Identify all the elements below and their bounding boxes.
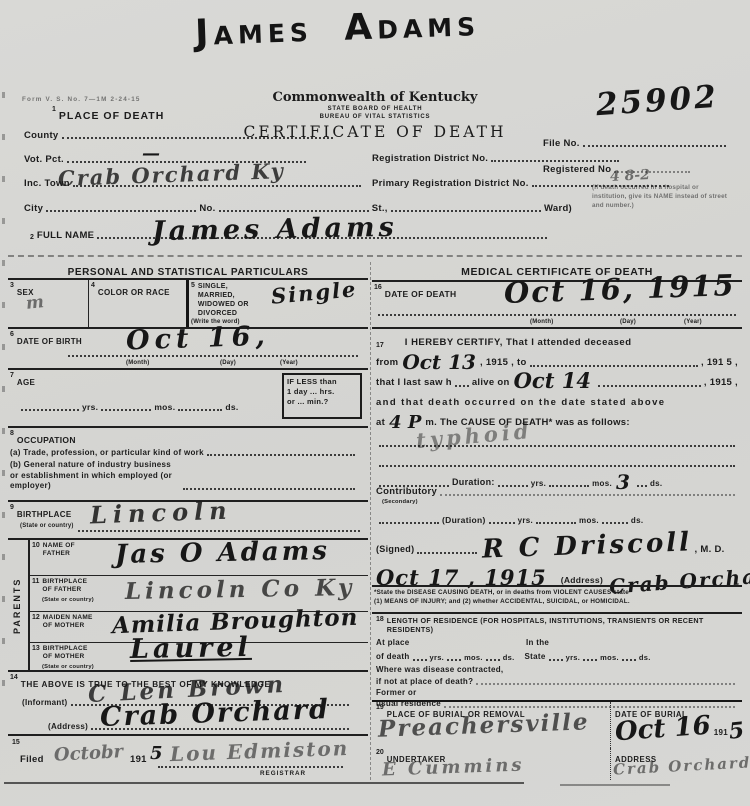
registration-district-label: Registration District No. [372,153,488,164]
father-entry: Jas O Adams [115,540,330,567]
contributory-line: Contributory [376,482,738,498]
registration-district-blank [491,158,619,162]
certification-block: 17 I HEREBY CERTIFY, That I attended dec… [372,327,742,480]
attest-number: 14 [10,674,18,681]
registrar-label: REGISTRAR [260,770,306,779]
cause-footnote-line1: *State the DISEASE CAUSING DEATH, or in … [374,589,740,598]
dod-label: DATE OF DEATH [385,289,457,299]
former-residence-line1: Former or [376,688,738,698]
commonwealth-title: Commonwealth of Kentucky [235,90,515,105]
primary-district-entry: 4 8-2 [610,169,651,184]
age-row: 7AGE yrs. mos. ds. IF LESS than 1 day ..… [8,368,368,426]
marital-entry: Single [270,280,358,306]
state-mos-label: mos. [600,653,619,663]
certify-at-label: at [376,417,385,429]
certify-alive-on-label: alive on [472,377,510,389]
dod-blank [378,314,736,316]
signed-line: (Signed) R C Driscoll , M. D. [376,526,738,556]
scan-edge-marks [2,92,5,692]
contrib-duration-label: (Duration) [442,515,486,526]
where-contracted-line1: Where was disease contracted, [376,665,738,675]
state-ds-label: ds. [639,653,651,663]
file-no-field: File No. [543,138,729,149]
md-label: , M. D. [695,544,725,556]
sex-number: 3 [10,282,14,289]
burial-year-entry: 5 [728,721,745,742]
city-blank [46,208,196,212]
city-field: CityNo.St.,Ward) [24,203,572,214]
certify-last-saw-label: that I last saw h [376,377,452,389]
age-number: 7 [10,372,14,379]
left-column-title-row: PERSONAL AND STATISTICAL PARTICULARS [8,262,368,278]
certify-line4: and that death occurred on the date stat… [376,397,665,409]
burial-date-preprint: 191 [714,728,728,738]
physician-signature: R C Driscoll [482,531,693,562]
secondary-hint: (Secondary) [382,498,738,506]
res-mos-blank [447,657,461,661]
certify-from-label: from [376,357,398,369]
occupation-b-label: (b) General nature of industry business … [10,460,180,491]
residence-number: 18 [376,616,384,623]
informant-block: 14THE ABOVE IS TRUE TO THE BEST OF MY KN… [8,670,368,734]
informant-label: (Informant) [22,698,68,708]
mother-birthplace-entry: Laurel [130,636,252,662]
age-blanks: yrs. mos. ds. [18,402,273,413]
marital-number: 5 [191,282,195,289]
burial-number: 19 [376,704,384,711]
state-yrs-label: yrs. [566,653,581,663]
where-contracted-line2: if not at place of death? [376,677,473,687]
undertaker-row: 20UNDERTAKER E Cummins ADDRESS Crab Orch… [372,748,742,780]
personal-particulars-column: PERSONAL AND STATISTICAL PARTICULARS 3SE… [8,262,368,780]
certify-last-saw-entry: Oct 14 [514,372,591,391]
dod-number: 16 [374,284,382,291]
color-race-number: 4 [91,282,95,289]
signed-lead-blank [417,550,477,554]
contributory-duration-line: (Duration) yrs. mos. ds. [376,506,738,526]
color-race-cell: 4COLOR OR RACE [88,280,186,327]
street-blank [391,208,541,212]
occupation-label: OCCUPATION [17,435,76,445]
vot-pct-entry: — [142,146,160,162]
contributory-label: Contributory [376,486,437,498]
bureau-line: BUREAU OF VITAL STATISTICS [235,113,515,121]
occupation-b-blank [183,486,355,490]
contrib-yrs-blank [489,520,515,524]
fold-line [8,255,742,257]
registered-no-label: Registered No [543,164,611,175]
place-of-death-label: PLACE OF DEATH [59,110,164,122]
certify-number: 17 [376,342,384,349]
registrar-signature-blank [158,766,343,768]
death-certificate-scan: James Adams Form V. S. No. 7—1M 2-24-15 … [0,0,750,806]
dod-month-hint: (Month) [530,318,553,326]
patient-name-annotation: James Adams [194,3,480,54]
city-label: City [24,203,43,214]
city-no-blank [219,208,369,212]
state-label: State [525,652,546,662]
certify-from-line: from Oct 13 , 1915 , to , 191 5 , [376,349,738,369]
state-board-line: STATE BOARD OF HEALTH [235,105,515,113]
file-no-blank [583,143,726,147]
undertaker-address-entry: Crab Orchard [613,756,750,777]
date-of-birth-row: 6DATE OF BIRTH Oct 16, (Month) (Day) (Ye… [8,327,368,368]
sex-race-marital-row: 3SEX m 4COLOR OR RACE 5SINGLE, MARRIED, … [8,278,368,327]
father-birthplace-entry: Lincoln Co Ky [125,578,356,603]
file-stamp-number: 25902 [595,84,720,120]
undertaker-entry: E Cummins [382,758,525,779]
color-race-label: COLOR OR RACE [98,288,170,297]
city-no-label: No. [199,203,215,214]
form-bottom-line [4,782,524,784]
filed-label: Filed [20,754,44,765]
sex-entry: m [25,295,45,312]
registration-district-field: Registration District No. [372,153,622,164]
place-of-burial-entry: Preachersville [378,712,590,740]
birthplace-blank [78,530,360,532]
age-label: AGE [17,378,35,387]
res-yrs-blank [413,657,427,661]
marital-label: SINGLE, MARRIED, WIDOWED OR DIVORCED [198,282,266,318]
where-contracted-blank [476,681,735,685]
residence-blanks-line: of death yrs. mos. ds. State yrs. mos. d… [376,649,738,663]
form-number-note: Form V. S. No. 7—1M 2-24-15 [22,96,141,105]
primary-district-label: Primary Registration District No. [372,178,529,189]
dob-day-hint: (Day) [220,359,236,367]
county-blank [62,135,333,139]
res-yrs-label: yrs. [430,653,445,663]
place-of-death-heading: 1PLACE OF DEATH [52,106,164,124]
occupation-a-label: (a) Trade, profession, or particular kin… [10,448,204,458]
certify-h-blank [455,383,469,387]
birthplace-entry: Lincoln [90,500,233,527]
contrib-ds-label: ds. [631,516,643,526]
in-the-label: In the [526,638,549,648]
occupation-number: 8 [10,430,14,437]
contrib-mos-blank [536,520,576,524]
filed-date-entry: Octobr [54,744,124,764]
father-number: 10 [32,542,40,549]
vot-pct-label: Vot. Pct. [24,154,64,165]
full-name-label: FULL NAME [37,230,94,241]
dob-number: 6 [10,331,14,338]
filed-number: 15 [12,739,20,746]
res-ds-blank [486,657,500,661]
full-name-number: 2 [30,234,34,241]
res-mos-label: mos. [464,653,483,663]
birthplace-number: 9 [10,504,14,511]
place-of-death-number: 1 [52,106,56,113]
age-ds-label: ds. [225,402,238,413]
date-of-burial-cell: DATE OF BURIAL Oct 16 191 5 [610,702,742,748]
cause-blank-2 [379,463,735,467]
age-yrs-blank [21,407,79,411]
filed-year-entry: 5 [150,746,163,762]
at-place-label: At place [376,638,526,648]
parents-side-cell: PARENTS [8,540,28,670]
filed-year-preprint: 191 [130,754,147,765]
birthplace-row: 9BIRTHPLACE (State or country) Lincoln [8,500,368,538]
contributory-blank [440,492,735,496]
occupation-row: 8OCCUPATION (a) Trade, profession, or pa… [8,426,368,500]
dob-entry: Oct 16, [126,324,271,353]
dod-entry: Oct 16, 1915 [504,272,736,306]
certify-191: , 191 5 , [701,357,738,369]
dob-blank [68,355,358,357]
father-name-cell: 10NAME OF FATHER Jas O Adams [30,540,368,576]
mother-birthplace-cell: 13BIRTHPLACE OF MOTHER (State or country… [30,643,368,670]
residence-block: 18LENGTH OF RESIDENCE (FOR HOSPITALS, IN… [372,612,742,700]
contributory-block: Contributory (Secondary) (Duration) yrs.… [372,480,742,585]
form-bottom-line-2 [560,784,670,786]
father-label: NAME OF FATHER [43,542,95,559]
county-field: County [24,130,336,141]
undertaker-number: 20 [376,749,384,756]
dob-month-hint: (Month) [126,359,149,367]
residence-label: LENGTH OF RESIDENCE (FOR HOSPITALS, INST… [387,616,717,635]
cause-footnote: *State the DISEASE CAUSING DEATH, or in … [372,585,742,612]
parents-side-label: PARENTS [12,548,24,664]
of-death-label: of death [376,652,410,662]
contrib-mos-label: mos. [579,516,599,526]
age-mos-blank [101,407,151,411]
dod-year-hint: (Year) [684,318,702,326]
state-ds-blank [622,657,636,661]
date-of-death-row: 16DATE OF DEATH Oct 16, 1915 (Month) (Da… [372,280,742,327]
state-mos-blank [583,657,597,661]
dob-year-hint: (Year) [280,359,298,367]
marital-cell: 5SINGLE, MARRIED, WIDOWED OR DIVORCED (W… [186,280,368,327]
parents-block: PARENTS 10NAME OF FATHER Jas O Adams 11B… [8,538,368,670]
contrib-ds-blank [602,520,628,524]
county-label: County [24,130,59,141]
certify-from-entry: Oct 13 [402,353,476,371]
full-name-entry: James Adams [152,216,398,245]
res-ds-label: ds. [503,653,515,663]
medical-certificate-column: MEDICAL CERTIFICATE OF DEATH 16DATE OF D… [372,262,742,780]
place-of-burial-cell: 19PLACE OF BURIAL OR REMOVAL Preachersvi… [372,702,610,748]
age-mos-label: mos. [154,402,175,413]
if-less-line2: 1 day ... hrs. [287,387,357,397]
signed-label: (Signed) [376,544,414,556]
certify-1915: , 1915 , [704,377,738,389]
mother-birthplace-number: 13 [32,645,40,652]
burial-row: 19PLACE OF BURIAL OR REMOVAL Preachersvi… [372,700,742,748]
mother-birthplace-label: BIRTHPLACE OF MOTHER [43,645,99,662]
mother-maiden-number: 12 [32,614,40,621]
file-no-label: File No. [543,138,580,149]
undertaker-cell: 20UNDERTAKER E Cummins [372,748,610,780]
parents-fields: 10NAME OF FATHER Jas O Adams 11BIRTHPLAC… [28,540,368,670]
contrib-lead-blank [379,520,439,524]
father-birthplace-label: BIRTHPLACE OF FATHER [42,578,98,595]
burial-date-entry: Oct 16 [614,715,711,745]
certify-last-saw-blank [598,383,701,387]
filed-block: 15 Filed Octobr 191 5 Lou Edmiston REGIS… [8,734,368,780]
mother-maiden-label: MAIDEN NAME OF MOTHER [43,614,103,631]
column-divider [370,262,371,780]
age-ds-blank [178,407,222,411]
dod-day-hint: (Day) [620,318,636,326]
certify-line1: I HEREBY CERTIFY, That I attended deceas… [405,337,632,349]
contrib-yrs-label: yrs. [518,516,533,526]
if-less-line1: IF LESS than [287,377,357,387]
certify-to-blank [530,363,698,367]
registrar-signature: Lou Edmiston [170,739,350,763]
left-column-title: PERSONAL AND STATISTICAL PARTICULARS [68,267,309,278]
birthplace-label: BIRTHPLACE [17,510,72,519]
father-birthplace-number: 11 [32,578,39,585]
dob-label: DATE OF BIRTH [17,337,82,346]
occupation-a-blank [207,452,355,456]
if-less-line3: or ... min.? [287,397,357,407]
undertaker-address-cell: ADDRESS Crab Orchard [610,748,742,780]
cause-footnote-line2: (1) MEANS OF INJURY; and (2) whether ACC… [374,598,740,607]
if-less-box: IF LESS than 1 day ... hrs. or ... min.? [282,373,362,419]
informant-address-label: (Address) [48,722,88,732]
hospital-note: (If death occurred in a hospital or inst… [592,184,734,210]
informant-address-entry: Crab Orchard [100,698,331,730]
ward-label: Ward) [544,203,572,214]
state-yrs-blank [549,657,563,661]
sex-cell: 3SEX m [8,280,88,327]
age-yrs-label: yrs. [82,402,98,413]
